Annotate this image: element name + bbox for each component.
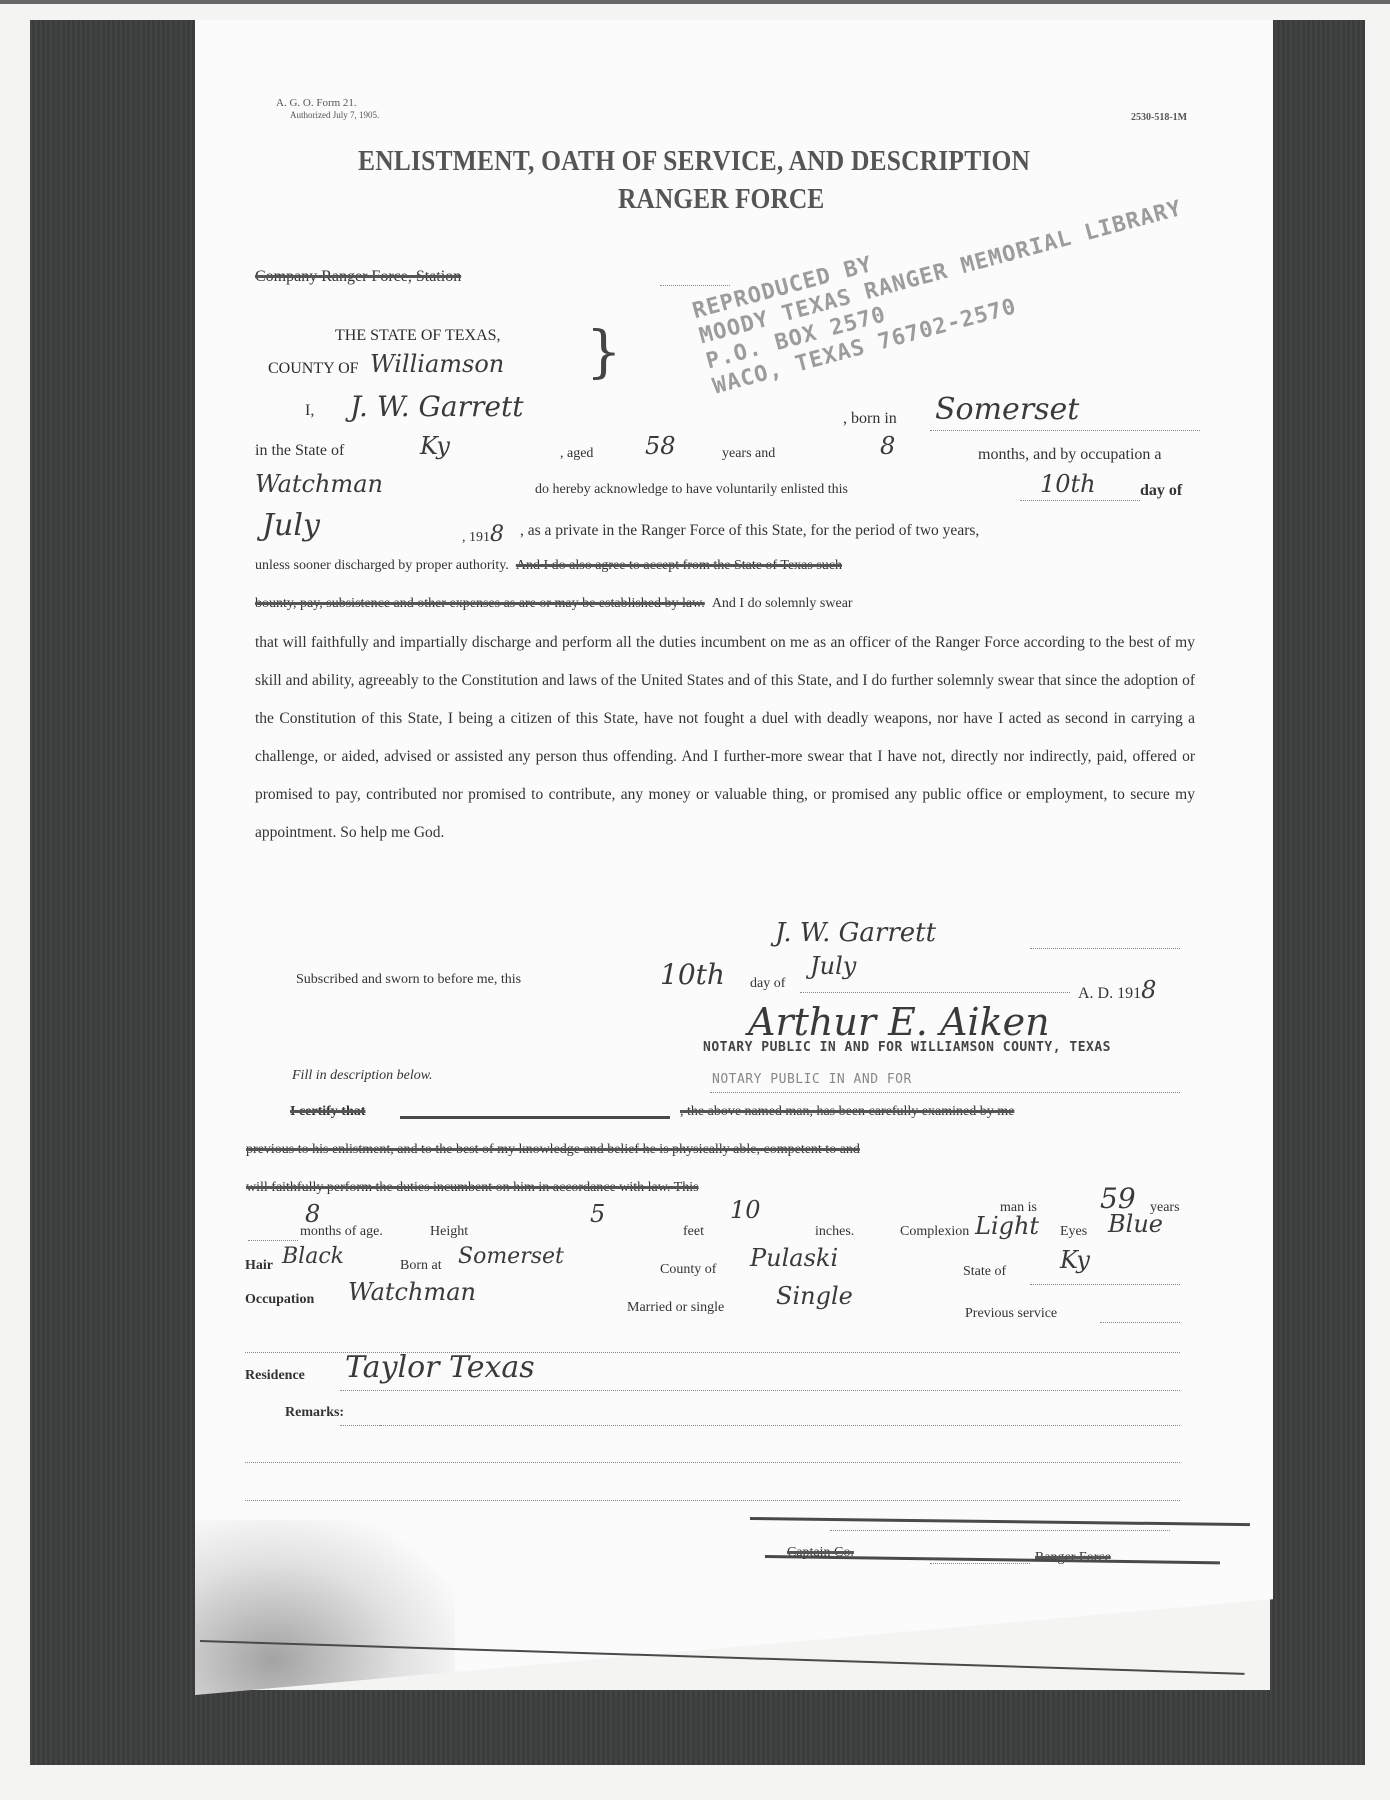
eyes-label: Eyes (1060, 1224, 1087, 1240)
notary-signature[interactable]: Arthur E. Aiken (748, 1000, 1050, 1044)
year-suffix[interactable]: 8 (490, 522, 504, 547)
certify-b: , the above named man, has been carefull… (680, 1104, 1014, 1119)
married-label: Married or single (627, 1300, 724, 1316)
occupation-value[interactable]: Watchman (255, 470, 383, 498)
county-of-label: County of (660, 1262, 716, 1278)
day-value[interactable]: 10th (1040, 470, 1096, 498)
private-text: , as a private in the Ranger Force of th… (520, 522, 979, 540)
sworn-month[interactable]: July (810, 952, 856, 980)
page-title: ENLISTMENT, OATH OF SERVICE, AND DESCRIP… (358, 145, 1030, 178)
complexion-label: Complexion (900, 1224, 969, 1240)
name-value[interactable]: J. W. Garrett (350, 390, 523, 423)
state-label: THE STATE OF TEXAS, (335, 327, 501, 345)
month-value[interactable]: July (262, 508, 320, 543)
scan-border-right (1270, 20, 1365, 1765)
residence-label: Residence (245, 1368, 305, 1384)
born-in-label: , born in (843, 410, 897, 428)
inches-label: inches. (815, 1224, 854, 1240)
scan-border-bottom (30, 1690, 1365, 1765)
state-of-label: State of (963, 1264, 1006, 1280)
state-of-value[interactable]: Ky (1060, 1246, 1090, 1274)
in-state-label: in the State of (255, 442, 344, 460)
previous-service-label: Previous service (965, 1306, 1057, 1322)
feet-label: feet (683, 1224, 704, 1240)
height-inches[interactable]: 10 (730, 1196, 761, 1224)
born-at-value[interactable]: Somerset (458, 1244, 564, 1269)
station-line: Company Ranger Force, Station (255, 268, 645, 286)
oath-line1-plain: unless sooner discharged by proper autho… (255, 558, 509, 573)
county-label: COUNTY OF (268, 360, 359, 378)
years-and-label: years and (722, 446, 775, 462)
i-label: I, (305, 402, 314, 420)
ranger-force-label: Ranger Force (1035, 1550, 1111, 1565)
sworn-day[interactable]: 10th (660, 958, 725, 991)
sworn-day-of-label: day of (750, 976, 785, 992)
scan-edge (0, 0, 1390, 4)
acknowledge-text: do hereby acknowledge to have voluntaril… (535, 482, 848, 498)
hair-label: Hair (245, 1258, 273, 1274)
oath-line2-plain: And I do solemnly swear (712, 596, 853, 611)
form-authorized: Authorized July 7, 1905. (276, 109, 379, 121)
born-in-value[interactable]: Somerset (935, 392, 1079, 427)
eyes-value[interactable]: Blue (1108, 1210, 1163, 1238)
state-value[interactable]: Ky (420, 432, 450, 460)
ad-year-suffix[interactable]: 8 (1141, 976, 1156, 1004)
scan-border-left (30, 20, 198, 1765)
complexion-value[interactable]: Light (975, 1212, 1039, 1240)
fill-in-label: Fill in description below. (292, 1068, 433, 1084)
form-id: A. G. O. Form 21. Authorized July 7, 190… (276, 97, 379, 121)
oath-line2-struck: bounty, pay, subsistence and other expen… (255, 596, 705, 611)
aged-value[interactable]: 58 (645, 432, 676, 460)
certify-a: I certify that (290, 1104, 365, 1119)
brace: } (586, 325, 622, 381)
height-label: Height (430, 1224, 468, 1240)
aged-label: , aged (560, 446, 593, 462)
occupation-label: Occupation (245, 1292, 314, 1308)
oath-line1-struck: And I do also agree to accept from the S… (516, 558, 842, 573)
remarks-label: Remarks: (285, 1405, 344, 1421)
hair-value[interactable]: Black (282, 1244, 344, 1269)
page-subtitle: RANGER FORCE (618, 183, 824, 216)
form-number: A. G. O. Form 21. (276, 97, 379, 109)
enlistee-signature[interactable]: J. W. Garrett (775, 918, 936, 948)
height-feet[interactable]: 5 (590, 1200, 605, 1228)
certify-line3a: will faithfully perform the duties incum… (246, 1180, 699, 1195)
born-at-label: Born at (400, 1258, 442, 1274)
married-value[interactable]: Single (776, 1282, 853, 1310)
oath-body: that will faithfully and impartially dis… (255, 624, 1195, 852)
months-of-age-label: months of age. (300, 1224, 383, 1240)
months-label: months, and by occupation a (978, 446, 1162, 464)
subscribed-label: Subscribed and sworn to before me, this (296, 972, 521, 988)
print-code: 2530-518-1M (1131, 112, 1187, 123)
residence-value[interactable]: Taylor Texas (345, 1350, 535, 1385)
notary-stamp: NOTARY PUBLIC IN AND FOR WILLIAMSON COUN… (703, 1040, 1111, 1055)
year-prefix: , 191 (462, 530, 490, 545)
ad-label: A. D. 191 (1078, 985, 1141, 1002)
occupation-desc-value[interactable]: Watchman (348, 1278, 476, 1306)
months-value[interactable]: 8 (880, 432, 895, 460)
county-value[interactable]: Williamson (370, 350, 504, 378)
day-of-label: day of (1140, 482, 1182, 500)
certify-line2: previous to his enlistment, and to the b… (246, 1142, 860, 1157)
notary-printed: NOTARY PUBLIC IN AND FOR (712, 1072, 912, 1087)
county-of-value[interactable]: Pulaski (750, 1244, 838, 1272)
